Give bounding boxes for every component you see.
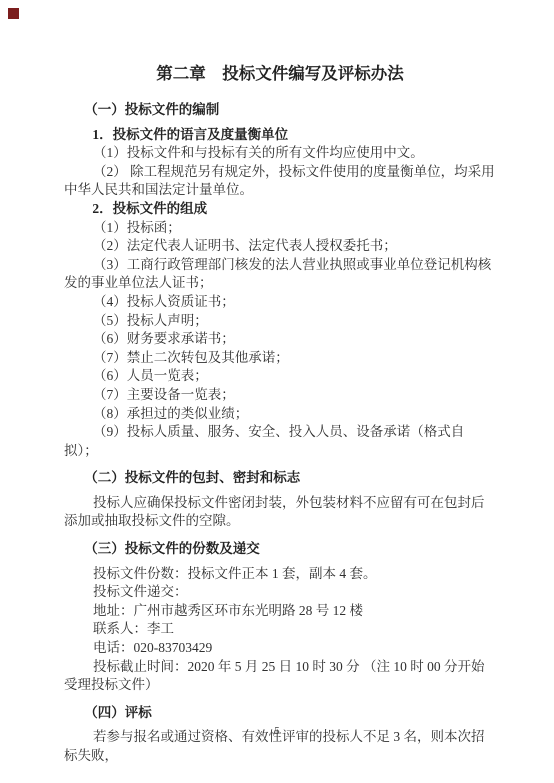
document-body: 第二章 投标文件编写及评标办法 （一）投标文件的编制1．投标文件的语言及度量衡单… [64,62,496,766]
document-line: （7）禁止二次转包及其他承诺； [64,349,496,368]
document-line: 联系人：李工 [64,620,496,639]
document-line: （6）人员一览表； [64,367,496,386]
document-line: （7）主要设备一览表； [64,386,496,405]
document-line: 投标文件递交： [64,583,496,602]
document-line: （6）财务要求承诺书； [64,330,496,349]
document-line: （2） 除工程规范另有规定外，投标文件使用的度量衡单位，均采用中华人民共和国法定… [64,163,496,200]
document-line: （8）承担过的类似业绩； [64,405,496,424]
section-heading: （三）投标文件的份数及递交 [64,540,496,559]
red-corner-mark [8,8,19,19]
section-heading: （二）投标文件的包封、密封和标志 [64,469,496,488]
document-line: 投标文件份数：投标文件正本 1 套，副本 4 套。 [64,565,496,584]
document-line: （9）投标人质量、服务、安全、投入人员、设备承诺（格式自拟）； [64,423,496,460]
section-heading: （四）评标 [64,704,496,723]
sections-container: （一）投标文件的编制1．投标文件的语言及度量衡单位（1）投标文件和与投标有关的所… [64,101,496,766]
page-number: 5 [0,723,554,742]
clause-subheading: 1．投标文件的语言及度量衡单位 [64,126,496,145]
document-line: （1）投标文件和与投标有关的所有文件均应使用中文。 [64,144,496,163]
clause-subheading: 2．投标文件的组成 [64,200,496,219]
document-line: （2）法定代表人证明书、法定代表人授权委托书； [64,237,496,256]
document-line: 投标截止时间：2020 年 5 月 25 日 10 时 30 分 （注 10 时… [64,658,496,695]
document-page: 第二章 投标文件编写及评标办法 （一）投标文件的编制1．投标文件的语言及度量衡单… [0,0,554,783]
document-line: 投标人应确保投标文件密闭封装，外包装材料不应留有可在包封后添加或抽取投标文件的空… [64,494,496,531]
document-line: （5）投标人声明； [64,312,496,331]
document-line: 电话：020-83703429 [64,639,496,658]
chapter-title: 第二章 投标文件编写及评标办法 [64,62,496,86]
document-line: 地址：广州市越秀区环市东光明路 28 号 12 楼 [64,602,496,621]
document-line: （1）投标函； [64,219,496,238]
document-line: （4）投标人资质证书； [64,293,496,312]
document-line: （3）工商行政管理部门核发的法人营业执照或事业单位登记机构核发的事业单位法人证书… [64,256,496,293]
section-heading: （一）投标文件的编制 [64,101,496,120]
